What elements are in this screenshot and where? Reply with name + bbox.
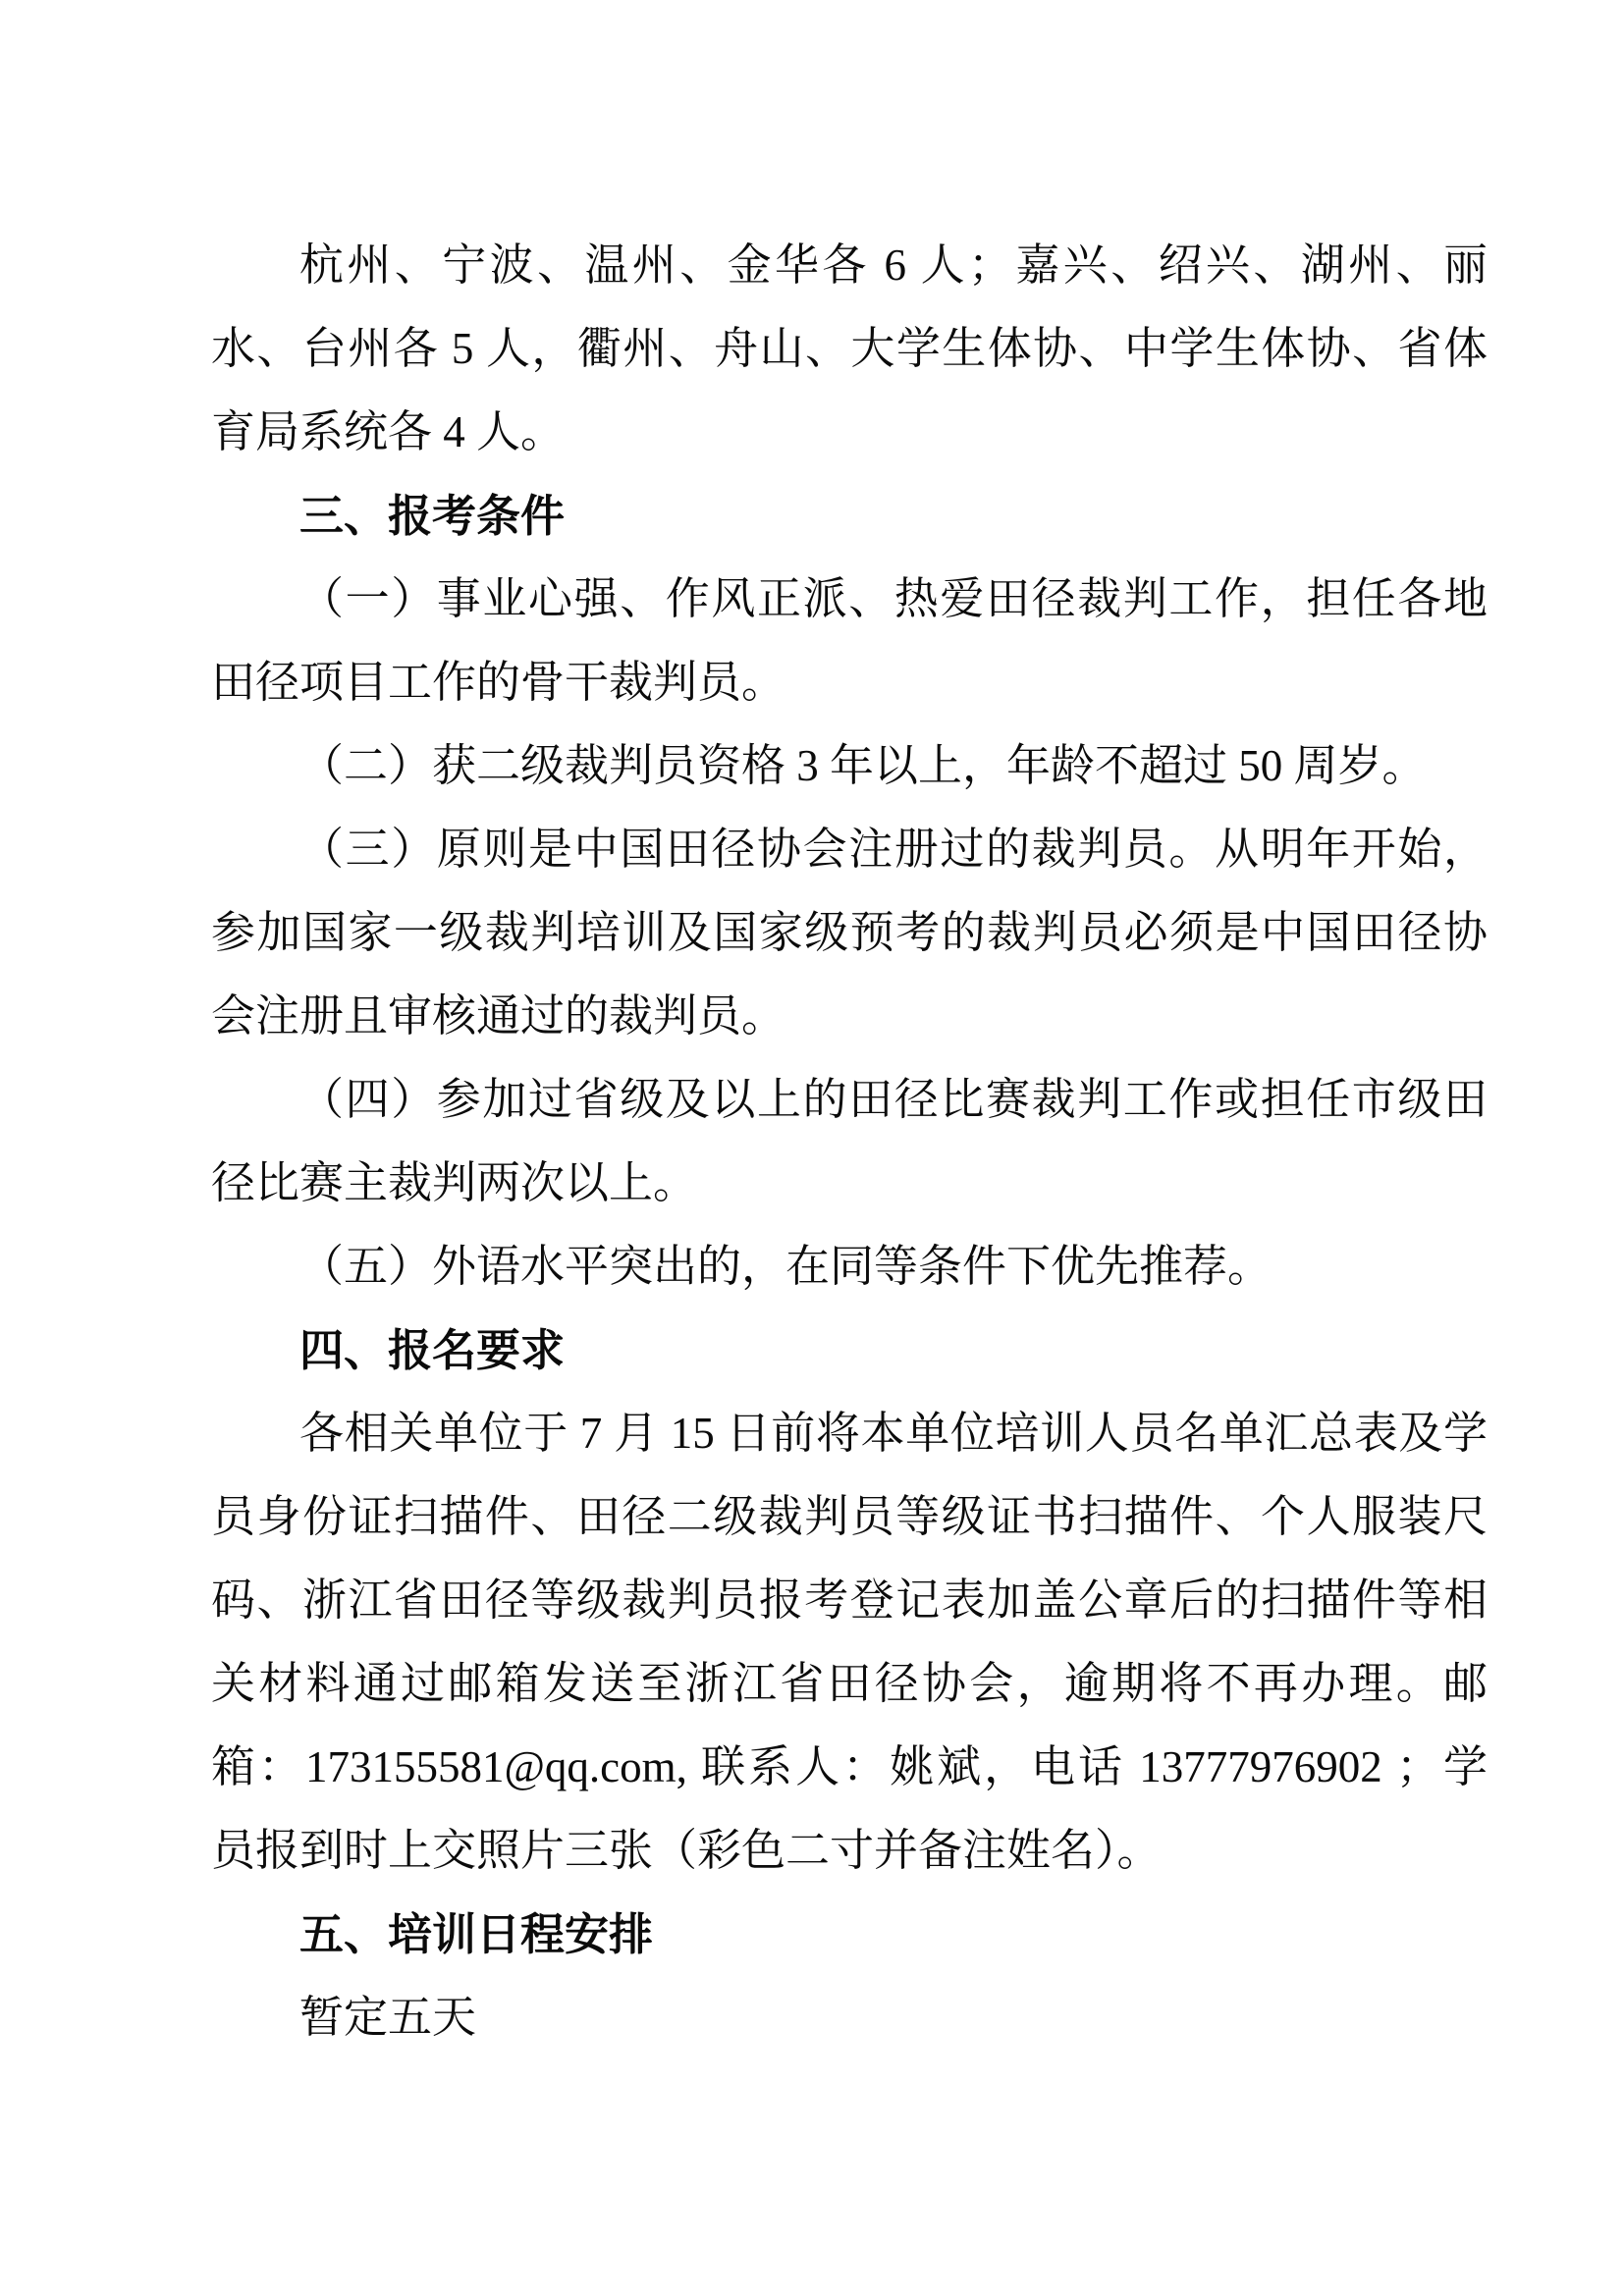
heading-section-3-exam-conditions: 三、报考条件 bbox=[211, 474, 1488, 558]
paragraph-city-quota: 杭州、宁波、温州、金华各 6 人；嘉兴、绍兴、湖州、丽水、台州各 5 人，衢州、… bbox=[211, 224, 1488, 474]
paragraph-condition-3: （三）原则是中国田径协会注册过的裁判员。从明年开始，参加国家一级裁判培训及国家级… bbox=[211, 808, 1488, 1058]
paragraph-condition-1: （一）事业心强、作风正派、热爱田径裁判工作，担任各地田径项目工作的骨干裁判员。 bbox=[211, 558, 1488, 724]
paragraph-condition-2: （二）获二级裁判员资格 3 年以上，年龄不超过 50 周岁。 bbox=[211, 724, 1488, 808]
heading-section-5-training-schedule: 五、培训日程安排 bbox=[211, 1893, 1488, 1976]
paragraph-registration-requirements: 各相关单位于 7 月 15 日前将本单位培训人员名单汇总表及学员身份证扫描件、田… bbox=[211, 1392, 1488, 1893]
document-page: 杭州、宁波、温州、金华各 6 人；嘉兴、绍兴、湖州、丽水、台州各 5 人，衢州、… bbox=[0, 0, 1624, 2296]
paragraph-schedule-duration: 暂定五天 bbox=[211, 1976, 1488, 2059]
paragraph-condition-4: （四）参加过省级及以上的田径比赛裁判工作或担任市级田径比赛主裁判两次以上。 bbox=[211, 1058, 1488, 1225]
heading-section-4-registration: 四、报名要求 bbox=[211, 1308, 1488, 1392]
paragraph-condition-5: （五）外语水平突出的，在同等条件下优先推荐。 bbox=[211, 1225, 1488, 1308]
